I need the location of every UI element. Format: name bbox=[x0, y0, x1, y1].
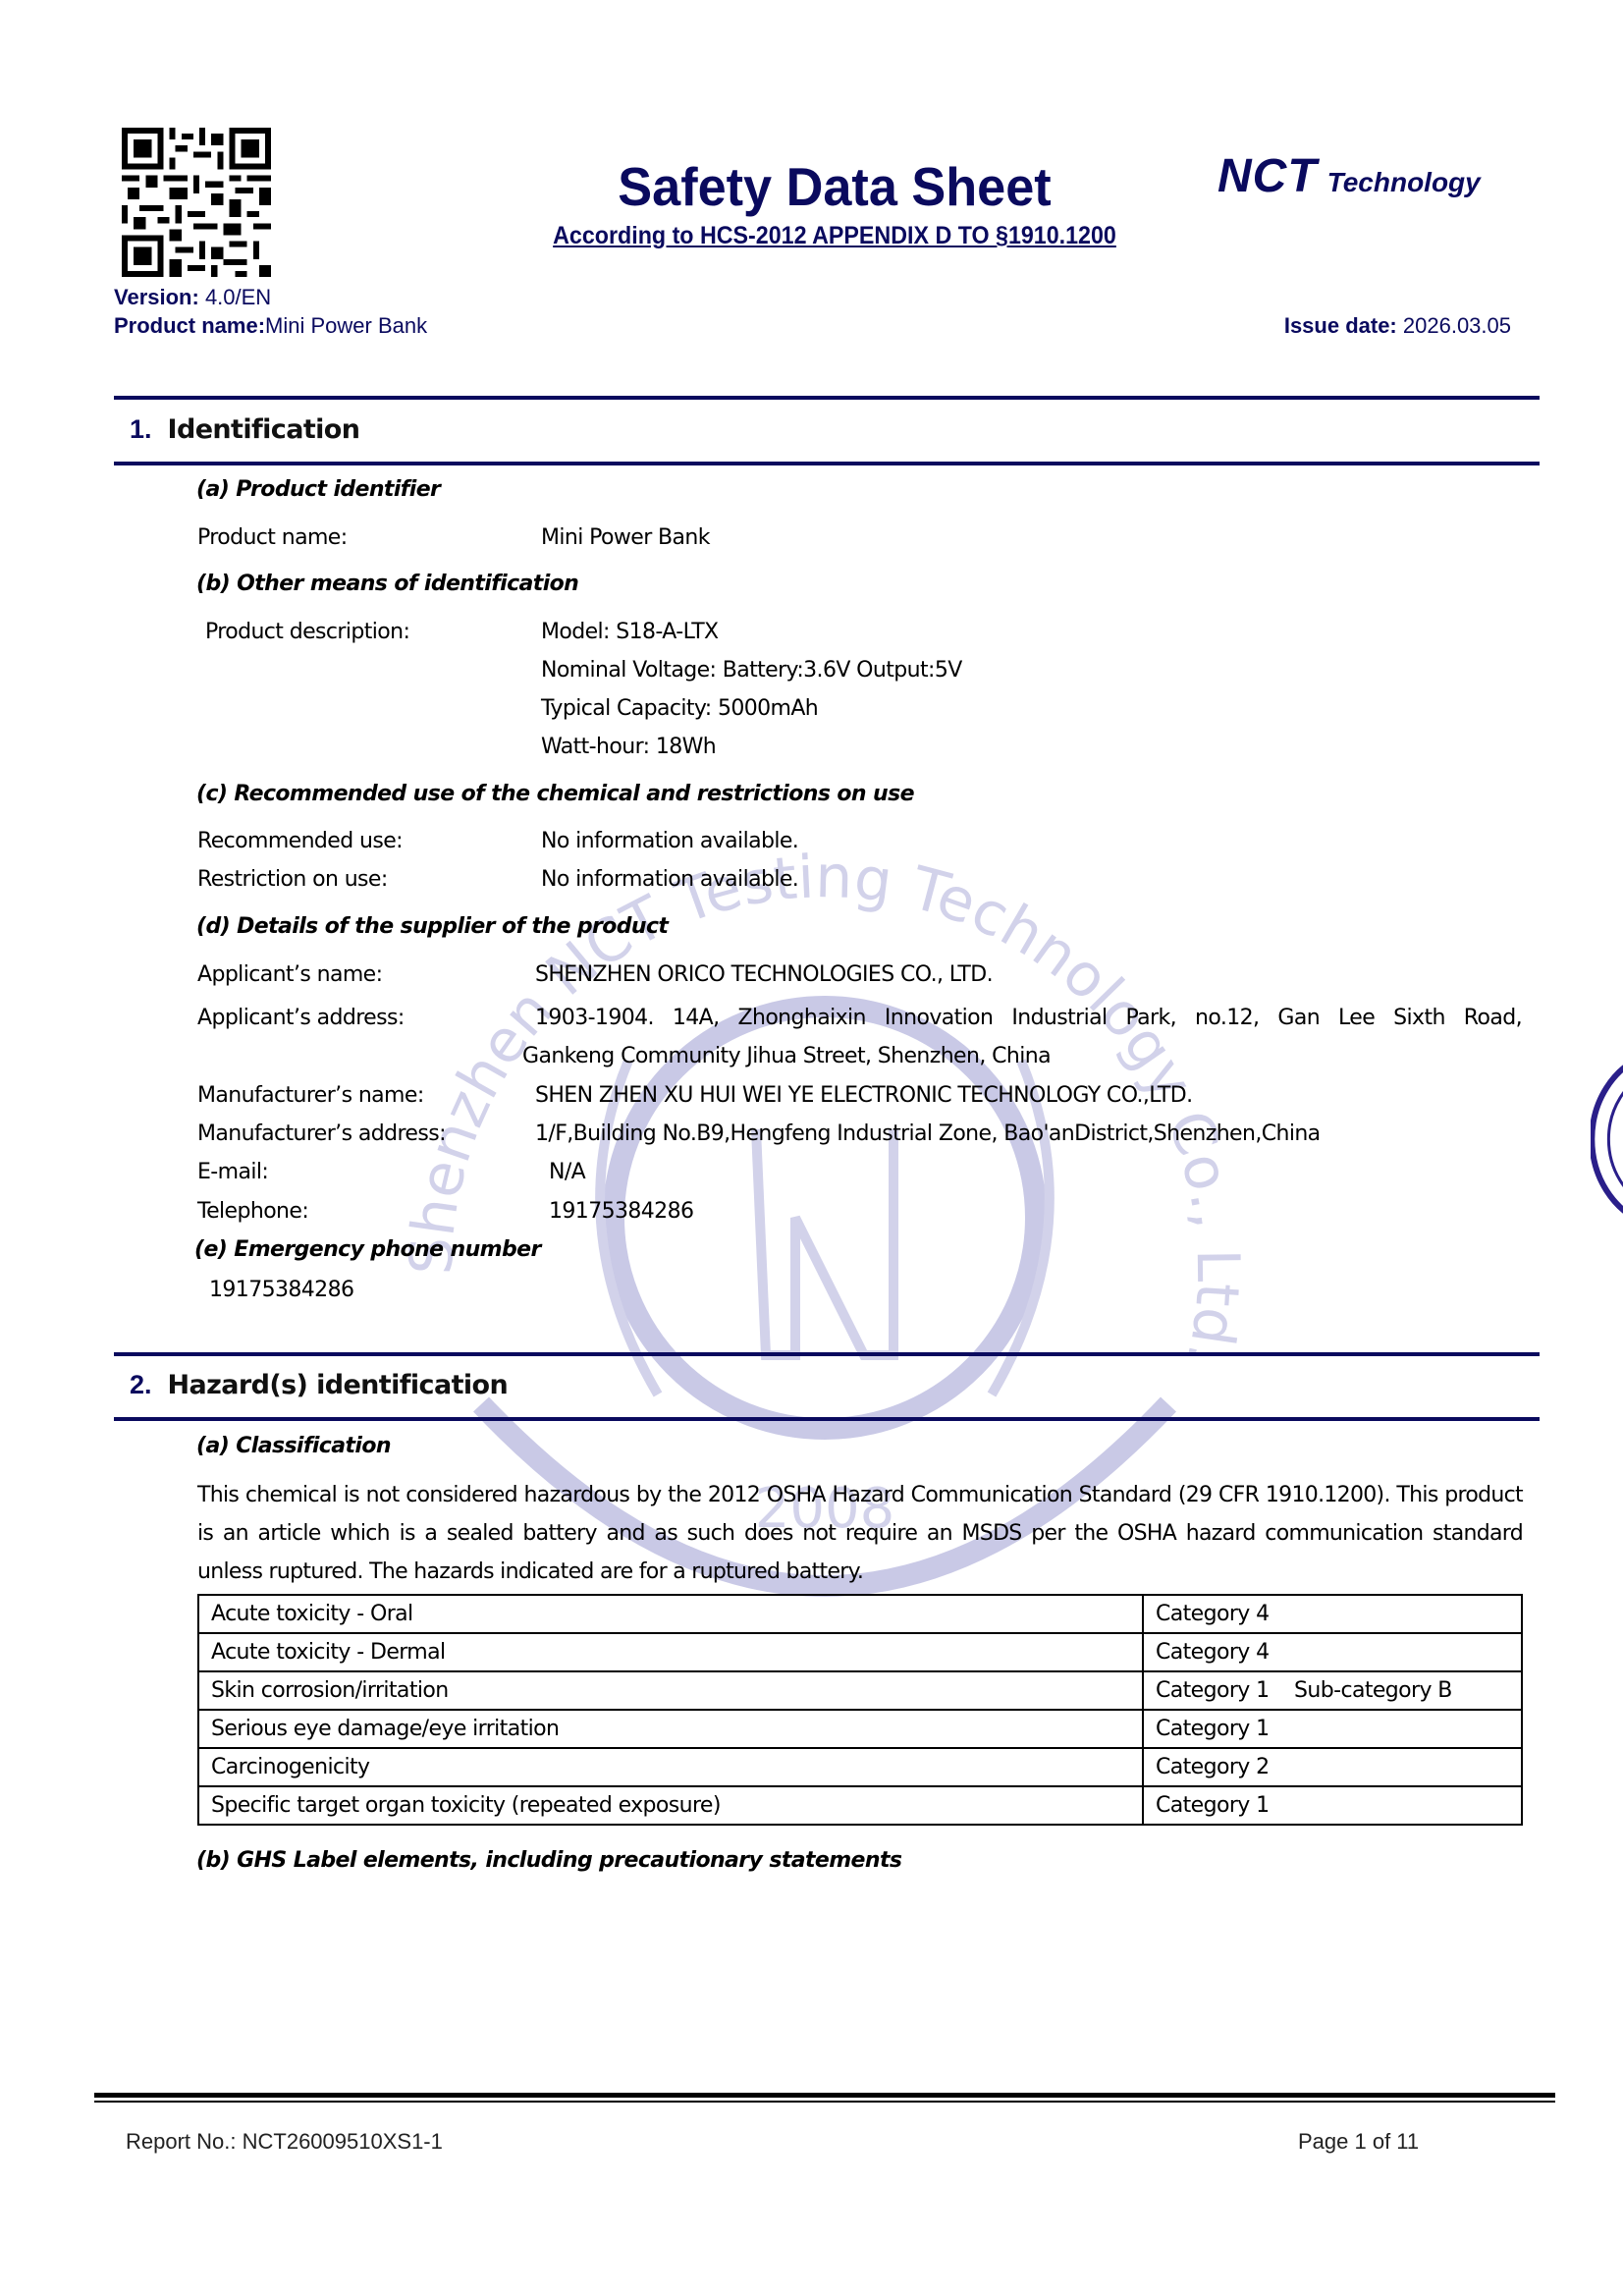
email-value: N/A bbox=[549, 1160, 585, 1184]
nct-logo: NCTTechnology bbox=[1217, 149, 1481, 203]
stamp-edge-icon bbox=[1591, 1051, 1623, 1228]
hazard-class-cell: Serious eye damage/eye irritation bbox=[198, 1710, 1143, 1748]
product-name-label-1: Product name: bbox=[197, 525, 348, 550]
section-divider bbox=[114, 396, 1540, 400]
table-row: Specific target organ toxicity (repeated… bbox=[198, 1786, 1522, 1825]
manufacturer-address-value: 1/F,Building No.B9,Hengfeng Industrial Z… bbox=[535, 1121, 1321, 1146]
description-watt-hour: Watt-hour: 18Wh bbox=[541, 735, 716, 759]
emergency-phone-value: 19175384286 bbox=[209, 1278, 353, 1302]
recommended-use-value: No information available. bbox=[541, 829, 798, 853]
section-2-number: 2. bbox=[130, 1370, 152, 1399]
report-number: Report No.: NCT26009510XS1-1 bbox=[126, 2129, 443, 2155]
version-line: Version: 4.0/EN bbox=[114, 285, 271, 310]
product-name-value: Mini Power Bank bbox=[265, 313, 427, 338]
logo-main-text: NCT bbox=[1217, 150, 1318, 202]
table-row: CarcinogenicityCategory 2 bbox=[198, 1748, 1522, 1786]
manufacturer-name-value: SHEN ZHEN XU HUI WEI YE ELECTRONIC TECHN… bbox=[535, 1083, 1193, 1108]
subheading-product-identifier: (a) Product identifier bbox=[196, 477, 440, 502]
section-divider bbox=[114, 1352, 1540, 1356]
telephone-label: Telephone: bbox=[197, 1199, 308, 1224]
hazard-classification-table: Acute toxicity - OralCategory 4Acute tox… bbox=[197, 1594, 1523, 1826]
manufacturer-name-label: Manufacturer’s name: bbox=[197, 1083, 424, 1108]
subheading-classification: (a) Classification bbox=[196, 1434, 391, 1458]
email-label: E-mail: bbox=[197, 1160, 268, 1184]
page-number: Page 1 of 11 bbox=[1298, 2129, 1419, 2155]
logo-sub-text: Technology bbox=[1327, 167, 1481, 197]
hazard-class-cell: Acute toxicity - Dermal bbox=[198, 1633, 1143, 1671]
subheading-recommended-use: (c) Recommended use of the chemical and … bbox=[196, 782, 914, 806]
description-capacity: Typical Capacity: 5000mAh bbox=[541, 696, 818, 721]
hazard-category-cell: Category 4 bbox=[1143, 1633, 1522, 1671]
table-row: Skin corrosion/irritationCategory 1 Sub-… bbox=[198, 1671, 1522, 1710]
applicant-address-label: Applicant’s address: bbox=[197, 1006, 405, 1030]
hazard-class-cell: Carcinogenicity bbox=[198, 1748, 1143, 1786]
classification-paragraph: This chemical is not considered hazardou… bbox=[197, 1476, 1523, 1591]
report-number-value: NCT26009510XS1-1 bbox=[243, 2129, 443, 2154]
product-description-label: Product description: bbox=[205, 620, 409, 644]
section-divider bbox=[114, 1417, 1540, 1421]
report-number-label: Report No.: bbox=[126, 2129, 237, 2154]
version-label: Version: bbox=[114, 285, 199, 309]
recommended-use-label: Recommended use: bbox=[197, 829, 403, 853]
product-name-line: Product name:Mini Power Bank bbox=[114, 313, 427, 339]
footer-divider-thick bbox=[94, 2093, 1555, 2098]
section-1-heading: 1.Identification bbox=[130, 414, 359, 445]
applicant-name-value: SHENZHEN ORICO TECHNOLOGIES CO., LTD. bbox=[535, 962, 993, 987]
footer-divider-thin bbox=[94, 2101, 1555, 2103]
product-name-value-1: Mini Power Bank bbox=[541, 525, 710, 550]
subheading-ghs-label-elements: (b) GHS Label elements, including precau… bbox=[196, 1848, 901, 1873]
version-value: 4.0/EN bbox=[205, 285, 271, 309]
issue-date: Issue date: 2026.03.05 bbox=[1284, 313, 1511, 339]
document-title: Safety Data Sheet bbox=[415, 155, 1255, 218]
description-voltage: Nominal Voltage: Battery:3.6V Output:5V bbox=[541, 658, 962, 683]
hazard-category-cell: Category 1 bbox=[1143, 1710, 1522, 1748]
table-row: Acute toxicity - DermalCategory 4 bbox=[198, 1633, 1522, 1671]
subheading-other-identification: (b) Other means of identification bbox=[196, 572, 578, 596]
hazard-class-cell: Skin corrosion/irritation bbox=[198, 1671, 1143, 1710]
applicant-address-line1: 1903-1904. 14A, Zhonghaixin Innovation I… bbox=[535, 1006, 1522, 1030]
restriction-label: Restriction on use: bbox=[197, 867, 388, 892]
applicant-address-line2: Gankeng Community Jihua Street, Shenzhen… bbox=[522, 1044, 1051, 1068]
subheading-supplier-details: (d) Details of the supplier of the produ… bbox=[196, 914, 668, 939]
telephone-value: 19175384286 bbox=[549, 1199, 693, 1224]
issue-date-value: 2026.03.05 bbox=[1403, 313, 1511, 338]
hazard-class-cell: Acute toxicity - Oral bbox=[198, 1595, 1143, 1633]
issue-date-label: Issue date: bbox=[1284, 313, 1397, 338]
table-row: Acute toxicity - OralCategory 4 bbox=[198, 1595, 1522, 1633]
hazard-category-cell: Category 4 bbox=[1143, 1595, 1522, 1633]
hazard-class-cell: Specific target organ toxicity (repeated… bbox=[198, 1786, 1143, 1825]
restriction-value: No information available. bbox=[541, 867, 798, 892]
hazard-category-cell: Category 1 Sub-category B bbox=[1143, 1671, 1522, 1710]
hazard-category-cell: Category 1 bbox=[1143, 1786, 1522, 1825]
applicant-name-label: Applicant’s name: bbox=[197, 962, 382, 987]
product-name-label: Product name: bbox=[114, 313, 265, 338]
qr-code-icon bbox=[122, 128, 271, 277]
manufacturer-address-label: Manufacturer’s address: bbox=[197, 1121, 446, 1146]
description-model: Model: S18-A-LTX bbox=[541, 620, 719, 644]
section-2-heading: 2.Hazard(s) identification bbox=[130, 1370, 508, 1400]
section-1-number: 1. bbox=[130, 414, 152, 444]
subheading-emergency-phone: (e) Emergency phone number bbox=[194, 1237, 541, 1262]
document-subtitle: According to HCS-2012 APPENDIX D TO §191… bbox=[424, 222, 1246, 250]
hazard-category-cell: Category 2 bbox=[1143, 1748, 1522, 1786]
section-1-title: Identification bbox=[168, 414, 360, 445]
section-divider bbox=[114, 462, 1540, 465]
section-2-title: Hazard(s) identification bbox=[168, 1370, 509, 1400]
table-row: Serious eye damage/eye irritationCategor… bbox=[198, 1710, 1522, 1748]
